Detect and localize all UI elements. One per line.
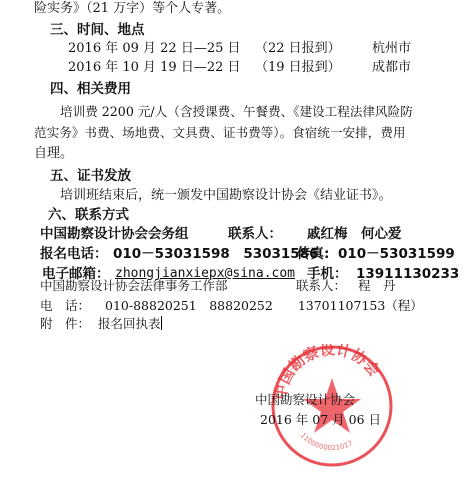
group2-contact: 程 丹 <box>358 278 396 294</box>
group2-phones: 010-88820251 88820252 13701107153（程） <box>105 298 423 314</box>
certificate-text: 培训班结束后，统一颁发中国勘察设计协会《结业证书》。 <box>60 188 392 204</box>
group1-org: 中国勘察设计协会会务组 <box>40 226 189 242</box>
section6-heading: 六、联系方式 <box>48 207 129 223</box>
signature-org: 中国勘察设计协会 <box>255 392 355 408</box>
group2-phone-label: 电 话： <box>40 298 90 314</box>
session-1-checkin: （22 日报到） <box>255 41 341 57</box>
signature-date: 2016 年 07 月 06 日 <box>260 412 381 428</box>
group1-contact-label: 联系人： <box>228 226 282 242</box>
fee-line-3: 自理。 <box>34 146 73 162</box>
intro-tail-text: 险实务》（21 万字）等个人专著。 <box>34 1 230 17</box>
session-1-city: 杭州市 <box>372 41 411 57</box>
attachment-label: 附 件： <box>40 316 90 332</box>
group1-contacts: 戚红梅 何心爱 <box>307 226 402 242</box>
session-2-city: 成都市 <box>372 60 411 76</box>
session-2-checkin: （19 日报到） <box>255 60 341 76</box>
session-1-dates: 2016 年 09 月 22 日—25 日 <box>68 41 241 57</box>
session-2-dates: 2016 年 10 月 19 日—22 日 <box>68 60 241 76</box>
stamp-number: 1100000021017 <box>299 431 354 452</box>
group2-org: 中国勘察设计协会法律事务工作部 <box>40 278 228 294</box>
group1-phone-label: 报名电话： <box>40 246 108 262</box>
attachment-text: 报名回执表 <box>98 316 161 331</box>
section5-heading: 五、证书发放 <box>50 168 131 184</box>
svg-text:1100000021017: 1100000021017 <box>299 431 354 452</box>
group1-phone: 010－53031598 53031586 <box>113 246 318 262</box>
text-cursor <box>161 316 162 330</box>
group1-fax-label: 传真: <box>297 246 329 262</box>
group2-contact-label: 联系人： <box>296 278 346 294</box>
fee-line-2: 范实务》书费、场地费、文具费、证书费等）。食宿统一安排，费用 <box>34 125 406 141</box>
section4-heading: 四、相关费用 <box>50 81 131 97</box>
section3-heading: 三、时间、地点 <box>50 22 145 38</box>
attachment-name[interactable]: 报名回执表 <box>98 316 162 332</box>
group1-fax: 010－53031599 <box>338 246 455 262</box>
fee-line-1: 培训费 2200 元/人（含授课费、午餐费、《建设工程法律风险防 <box>60 104 413 120</box>
